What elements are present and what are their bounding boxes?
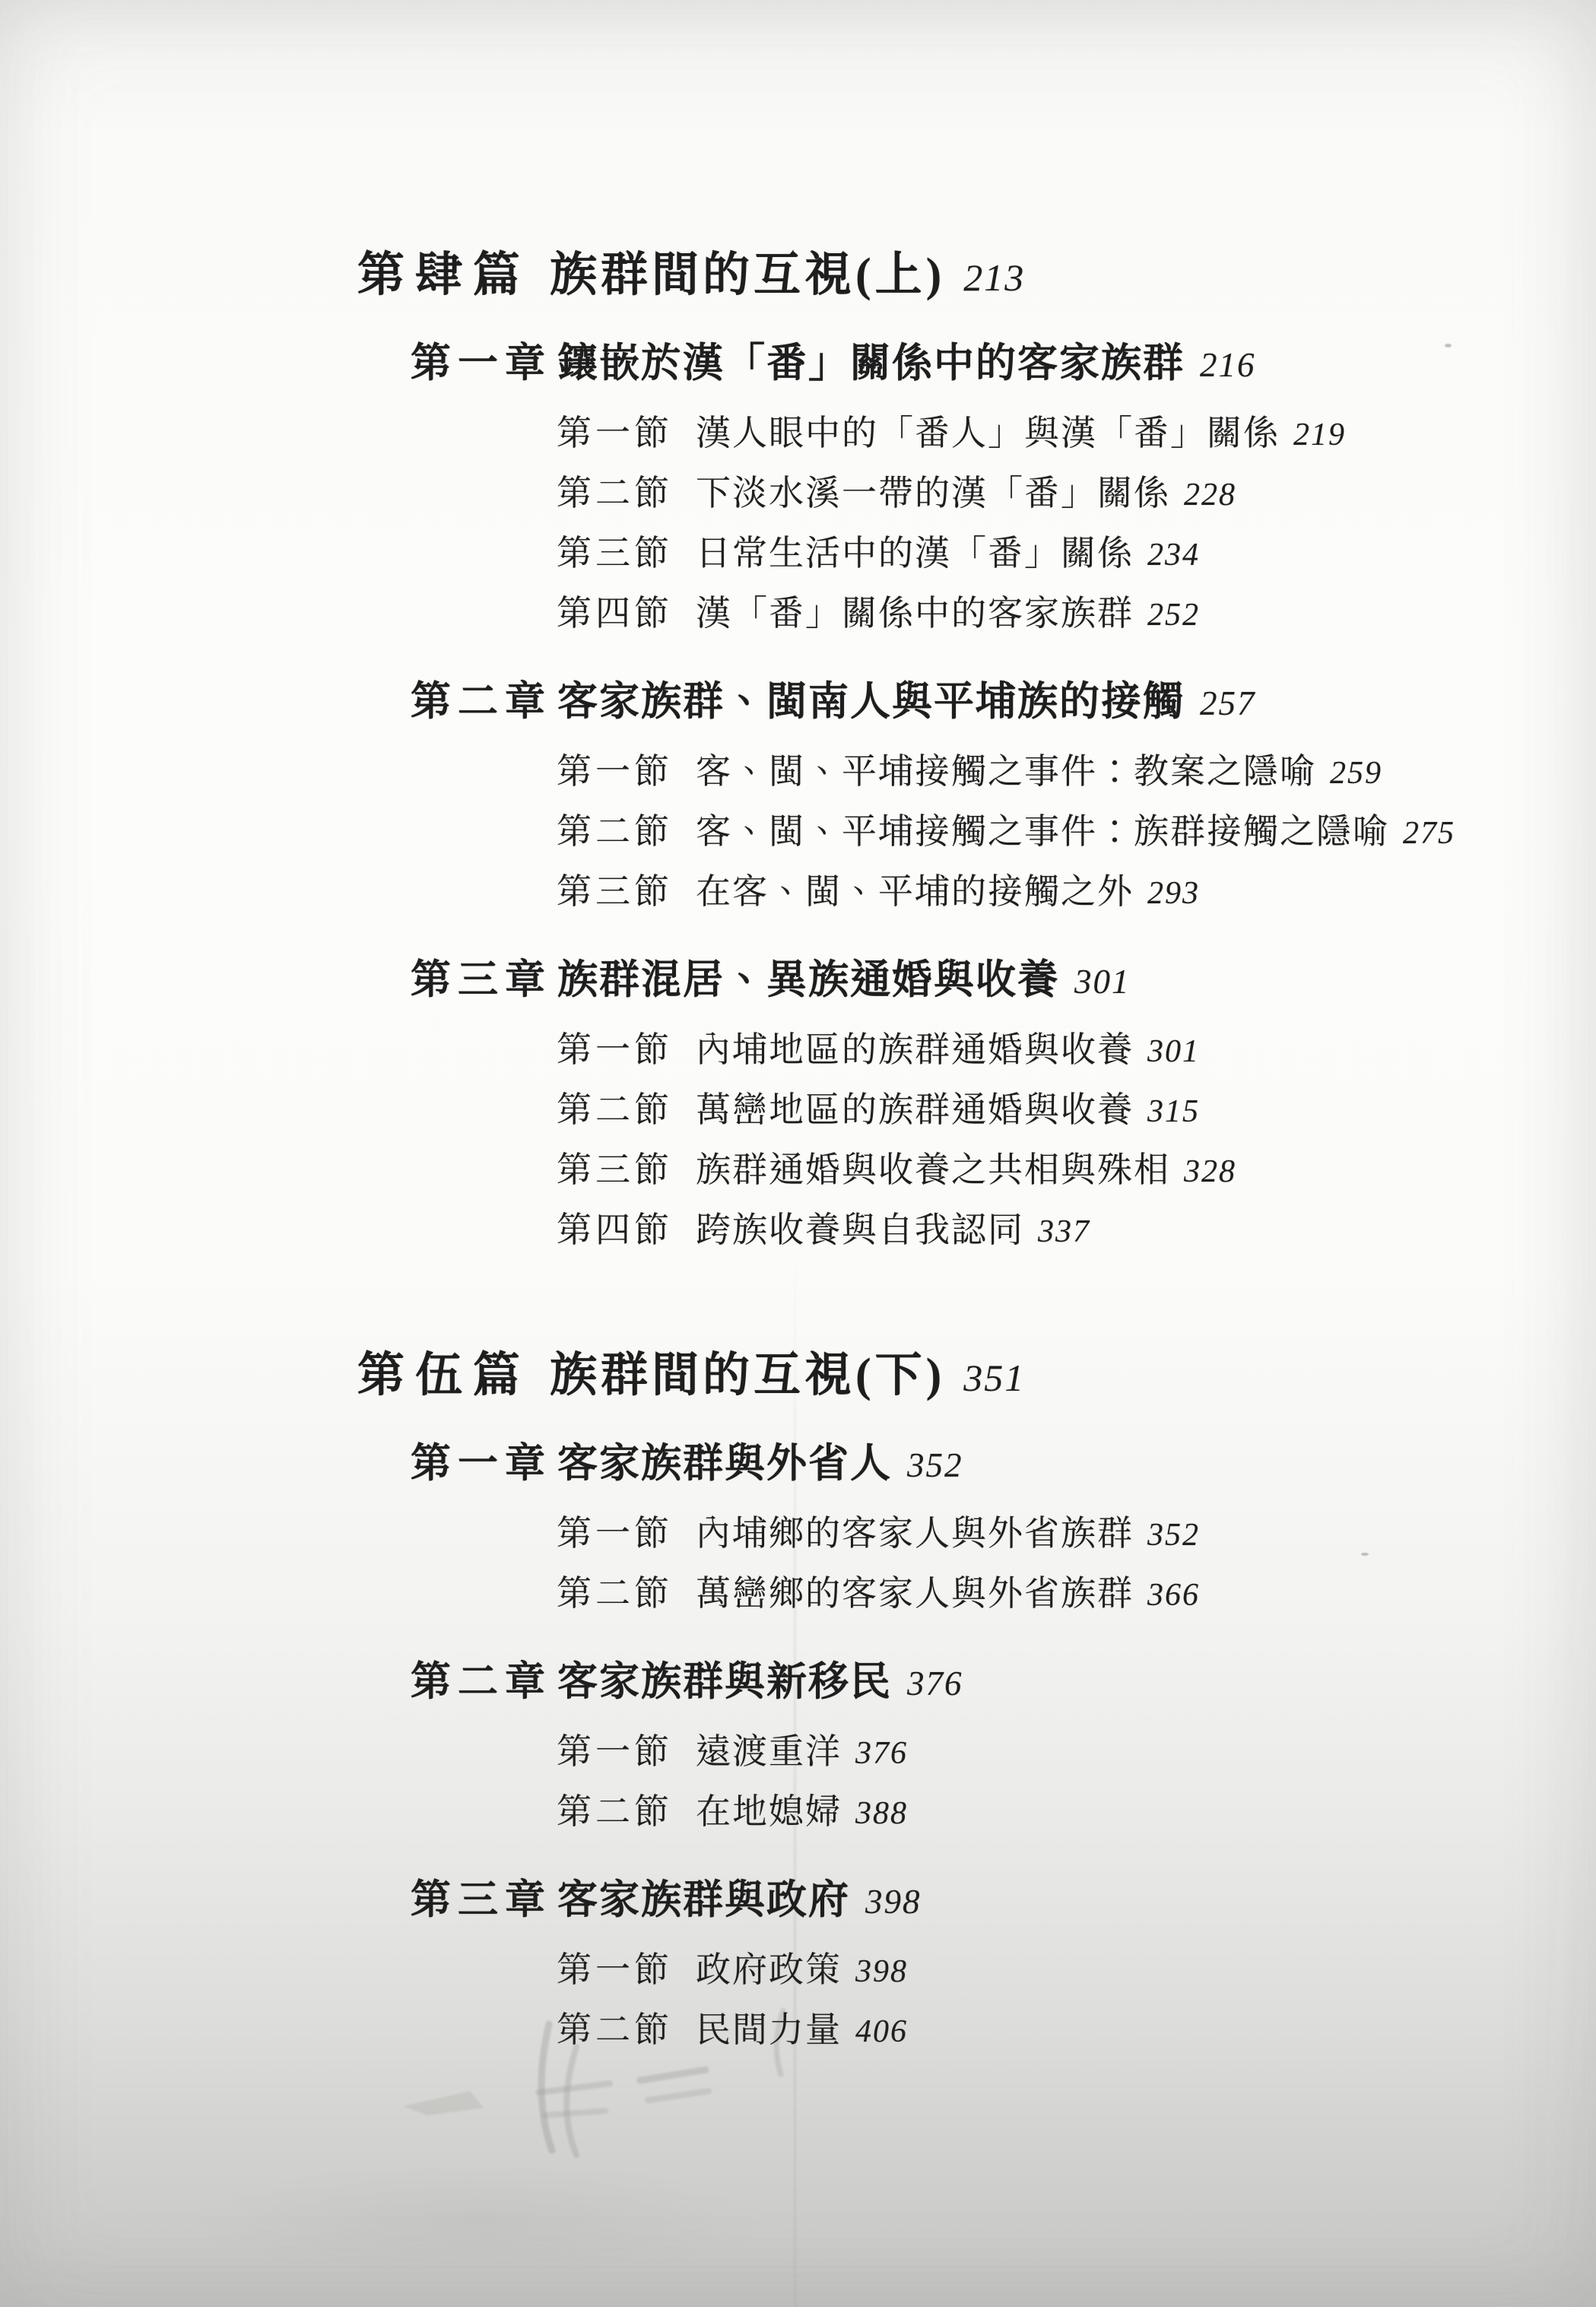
section-page-number: 234 (1147, 532, 1200, 579)
toc-section-row: 第一節漢人眼中的「番人」與漢「番」關係219 (0, 410, 1596, 459)
section-page-number: 352 (1147, 1512, 1200, 1559)
section-title: 漢「番」關係中的客家族群 (696, 590, 1134, 637)
chapter-title: 客家族群與外省人 (557, 1439, 892, 1489)
chapter-page-number: 398 (865, 1877, 922, 1927)
part-number-label: 第肆篇 (357, 245, 550, 306)
section-title: 內埔地區的族群通婚與收養 (696, 1027, 1134, 1074)
section-page-number: 275 (1403, 810, 1455, 857)
section-title: 遠渡重洋 (696, 1728, 842, 1775)
section-number-label: 第一節 (557, 1947, 696, 1994)
part-title: 族群間的互視(上) (550, 245, 945, 306)
chapter-page-number: 301 (1074, 957, 1131, 1007)
toc-section-row: 第二節客、閩、平埔接觸之事件：族群接觸之隱喻275 (0, 808, 1596, 857)
part-number-label: 第伍篇 (357, 1345, 550, 1406)
section-page-number: 398 (855, 1948, 908, 1995)
toc-section-row: 第二節萬巒鄉的客家人與外省族群366 (0, 1570, 1596, 1619)
section-title: 內埔鄉的客家人與外省族群 (696, 1510, 1134, 1557)
toc-chapter-row: 第一章客家族群與外省人352 (0, 1439, 1596, 1490)
toc-chapter-row: 第二章客家族群與新移民376 (0, 1657, 1596, 1709)
chapter-page-number: 257 (1200, 678, 1256, 728)
section-page-number: 293 (1147, 870, 1200, 917)
toc-part-row: 第肆篇族群間的互視(上)213 (0, 245, 1596, 308)
section-title: 日常生活中的漢「番」關係 (696, 530, 1134, 577)
section-title: 客、閩、平埔接觸之事件：教案之隱喻 (696, 748, 1316, 795)
toc-chapter-row: 第三章客家族群與政府398 (0, 1875, 1596, 1927)
toc-section-row: 第四節漢「番」關係中的客家族群252 (0, 590, 1596, 639)
section-page-number: 301 (1147, 1028, 1200, 1075)
chapter-number-label: 第一章 (411, 338, 557, 389)
toc-section-row: 第四節跨族收養與自我認同337 (0, 1207, 1596, 1255)
section-number-label: 第二節 (557, 1087, 696, 1134)
toc-section-row: 第二節在地媳婦388 (0, 1788, 1596, 1837)
chapter-page-number: 376 (907, 1658, 963, 1709)
section-number-label: 第二節 (557, 2007, 696, 2054)
toc-section-row: 第一節客、閩、平埔接觸之事件：教案之隱喻259 (0, 748, 1596, 797)
toc-chapter-row: 第二章客家族群、閩南人與平埔族的接觸257 (0, 677, 1596, 728)
section-number-label: 第二節 (557, 808, 696, 855)
section-number-label: 第三節 (557, 868, 696, 916)
chapter-title: 客家族群與政府 (557, 1875, 850, 1925)
section-title: 在客、閩、平埔的接觸之外 (696, 868, 1134, 916)
toc-section-row: 第二節下淡水溪一帶的漢「番」關係228 (0, 470, 1596, 519)
section-title: 在地媳婦 (696, 1788, 842, 1836)
section-page-number: 259 (1330, 750, 1382, 797)
toc-chapter: 第三章族群混居、異族通婚與收養301 第一節內埔地區的族群通婚與收養301 第二… (0, 955, 1596, 1255)
section-title: 族群通婚與收養之共相與殊相 (696, 1147, 1170, 1194)
section-number-label: 第二節 (557, 1788, 696, 1836)
section-title: 政府政策 (696, 1947, 842, 1994)
section-page-number: 366 (1147, 1572, 1200, 1619)
chapter-number-label: 第二章 (411, 1657, 557, 1707)
toc-chapter: 第三章客家族群與政府398 第一節政府政策398 第二節民間力量406 (0, 1875, 1596, 2055)
toc-part-row: 第伍篇族群間的互視(下)351 (0, 1345, 1596, 1408)
section-page-number: 328 (1184, 1148, 1236, 1195)
chapter-title: 族群混居、異族通婚與收養 (557, 955, 1059, 1005)
section-page-number: 252 (1147, 592, 1200, 639)
chapter-title: 客家族群、閩南人與平埔族的接觸 (557, 677, 1185, 727)
chapter-number-label: 第一章 (411, 1439, 557, 1489)
section-number-label: 第四節 (557, 1207, 696, 1254)
toc-section-row: 第二節民間力量406 (0, 2007, 1596, 2055)
toc-chapter: 第二章客家族群、閩南人與平埔族的接觸257 第一節客、閩、平埔接觸之事件：教案之… (0, 677, 1596, 917)
section-page-number: 337 (1038, 1208, 1090, 1255)
section-number-label: 第一節 (557, 1728, 696, 1775)
section-page-number: 315 (1147, 1088, 1200, 1135)
section-title: 客、閩、平埔接觸之事件：族群接觸之隱喻 (696, 808, 1389, 855)
chapter-page-number: 216 (1200, 340, 1256, 390)
toc-section-row: 第三節族群通婚與收養之共相與殊相328 (0, 1147, 1596, 1195)
toc-chapter-row: 第三章族群混居、異族通婚與收養301 (0, 955, 1596, 1007)
section-page-number: 219 (1293, 411, 1346, 459)
toc-section-row: 第一節政府政策398 (0, 1947, 1596, 1995)
section-title: 萬巒鄉的客家人與外省族群 (696, 1570, 1134, 1617)
section-title: 萬巒地區的族群通婚與收養 (696, 1087, 1134, 1134)
part-title: 族群間的互視(下) (550, 1345, 945, 1406)
section-number-label: 第三節 (557, 530, 696, 577)
part-page-number: 213 (963, 247, 1025, 308)
section-number-label: 第一節 (557, 410, 696, 457)
section-number-label: 第四節 (557, 590, 696, 637)
section-number-label: 第三節 (557, 1147, 696, 1194)
chapter-number-label: 第三章 (411, 955, 557, 1005)
section-number-label: 第二節 (557, 470, 696, 517)
section-number-label: 第二節 (557, 1570, 696, 1617)
toc-section-row: 第一節遠渡重洋376 (0, 1728, 1596, 1777)
chapter-page-number: 352 (907, 1440, 963, 1490)
section-number-label: 第一節 (557, 748, 696, 795)
toc-section-row: 第一節內埔鄉的客家人與外省族群352 (0, 1510, 1596, 1559)
toc-section-row: 第一節內埔地區的族群通婚與收養301 (0, 1027, 1596, 1075)
section-title: 漢人眼中的「番人」與漢「番」關係 (696, 410, 1280, 457)
table-of-contents: 第肆篇族群間的互視(上)213 第一章鑲嵌於漢「番」關係中的客家族群216 第一… (0, 0, 1596, 2055)
toc-chapter: 第二章客家族群與新移民376 第一節遠渡重洋376 第二節在地媳婦388 (0, 1657, 1596, 1837)
chapter-number-label: 第二章 (411, 677, 557, 727)
section-title: 民間力量 (696, 2007, 842, 2054)
section-page-number: 388 (855, 1790, 908, 1837)
section-number-label: 第一節 (557, 1027, 696, 1074)
section-page-number: 406 (855, 2008, 908, 2055)
section-page-number: 376 (855, 1730, 908, 1777)
toc-chapter: 第一章客家族群與外省人352 第一節內埔鄉的客家人與外省族群352 第二節萬巒鄉… (0, 1439, 1596, 1619)
chapter-number-label: 第三章 (411, 1875, 557, 1925)
section-page-number: 228 (1184, 471, 1236, 519)
toc-part: 第伍篇族群間的互視(下)351 第一章客家族群與外省人352 第一節內埔鄉的客家… (0, 1345, 1596, 2055)
chapter-title: 客家族群與新移民 (557, 1657, 892, 1707)
section-number-label: 第一節 (557, 1510, 696, 1557)
section-title: 下淡水溪一帶的漢「番」關係 (696, 470, 1170, 517)
toc-part: 第肆篇族群間的互視(上)213 第一章鑲嵌於漢「番」關係中的客家族群216 第一… (0, 245, 1596, 1255)
section-title: 跨族收養與自我認同 (696, 1207, 1024, 1254)
toc-section-row: 第二節萬巒地區的族群通婚與收養315 (0, 1087, 1596, 1135)
toc-chapter: 第一章鑲嵌於漢「番」關係中的客家族群216 第一節漢人眼中的「番人」與漢「番」關… (0, 338, 1596, 639)
toc-section-row: 第三節日常生活中的漢「番」關係234 (0, 530, 1596, 579)
toc-chapter-row: 第一章鑲嵌於漢「番」關係中的客家族群216 (0, 338, 1596, 390)
chapter-title: 鑲嵌於漢「番」關係中的客家族群 (557, 338, 1185, 389)
part-page-number: 351 (963, 1347, 1025, 1408)
toc-section-row: 第三節在客、閩、平埔的接觸之外293 (0, 868, 1596, 917)
